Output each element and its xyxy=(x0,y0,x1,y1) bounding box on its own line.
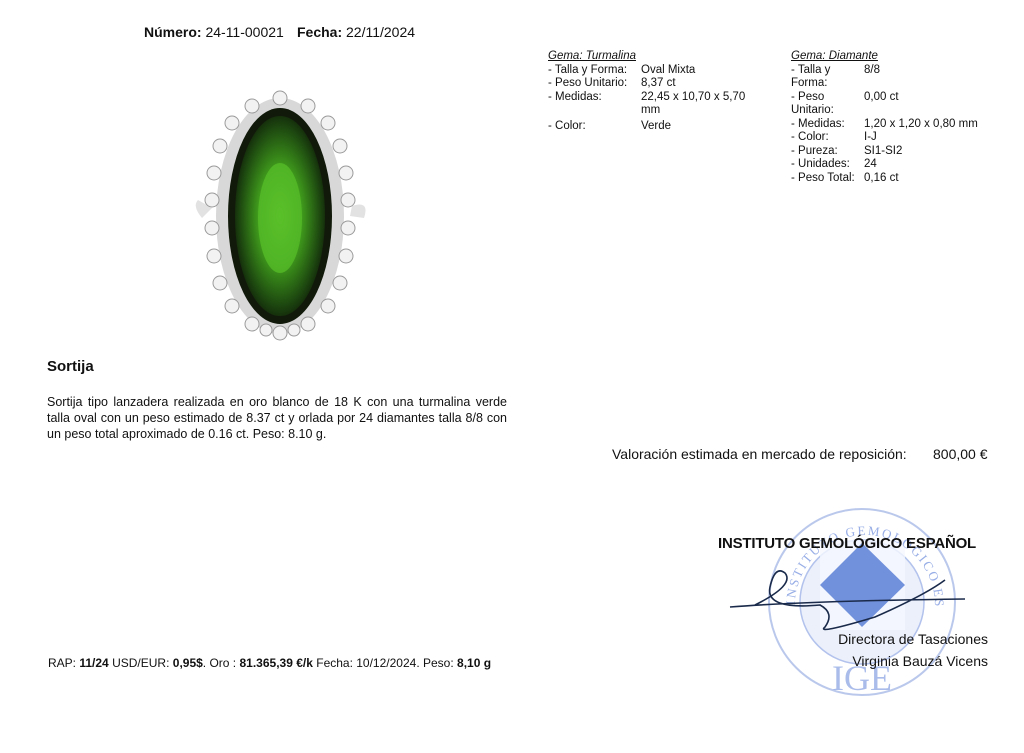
number-label: Número: xyxy=(144,24,202,40)
gem-secondary-key: - Peso Total: xyxy=(791,172,864,186)
gem-secondary-value: 0,00 ct xyxy=(864,91,978,118)
item-description: Sortija tipo lanzadera realizada en oro … xyxy=(47,394,507,442)
gem-secondary-value: SI1-SI2 xyxy=(864,145,978,159)
rap-label: RAP: xyxy=(48,656,76,670)
ring-photo xyxy=(192,88,372,343)
gem-secondary-value: I-J xyxy=(864,131,978,145)
gold-value: 81.365,39 €/k xyxy=(239,656,312,670)
usd-label: USD/EUR: xyxy=(112,656,169,670)
gem-secondary-key: - Unidades: xyxy=(791,158,864,172)
signer-role: Directora de Tasaciones xyxy=(838,631,988,647)
institute-name: INSTITUTO GEMOLÓGICO ESPAÑOL xyxy=(718,535,976,552)
gem-secondary-key: - Pureza: xyxy=(791,145,864,159)
market-reference-line: RAP: 11/24 USD/EUR: 0,95$. Oro : 81.365,… xyxy=(48,656,491,670)
gem-secondary-value: 8/8 xyxy=(864,64,978,91)
usd-value: 0,95$ xyxy=(173,656,203,670)
gold-label: . Oro : xyxy=(203,656,236,670)
gem-primary-value: Verde xyxy=(641,118,761,134)
gem-primary-key: - Medidas: xyxy=(548,91,641,118)
gem-primary-key: - Color: xyxy=(548,118,641,134)
gem-secondary-value: 0,16 ct xyxy=(864,172,978,186)
valuation-amount: 800,00 € xyxy=(933,446,988,462)
gem-secondary-key: - Peso Unitario: xyxy=(791,91,864,118)
gem-secondary-details: Gema: Diamante - Talla y Forma:8/8 - Pes… xyxy=(791,50,978,185)
rap-value: 11/24 xyxy=(79,656,108,670)
gem-primary-table: - Talla y Forma:Oval Mixta - Peso Unitar… xyxy=(548,64,761,134)
footer-date-label: Fecha: 10/12/2024. Peso: xyxy=(316,656,453,670)
gem-secondary-value: 24 xyxy=(864,158,978,172)
gem-primary-details: Gema: Turmalina - Talla y Forma:Oval Mix… xyxy=(548,50,761,133)
gem-primary-value: 8,37 ct xyxy=(641,77,761,91)
signer-name: Virginia Bauzá Vicens xyxy=(852,653,988,669)
gem-primary-value: Oval Mixta xyxy=(641,64,761,78)
gem-primary-title: Gema: Turmalina xyxy=(548,50,761,64)
gem-primary-key: - Peso Unitario: xyxy=(548,77,641,91)
valuation-label: Valoración estimada en mercado de reposi… xyxy=(612,446,907,462)
gem-secondary-key: - Talla y Forma: xyxy=(791,64,864,91)
gem-secondary-table: - Talla y Forma:8/8 - Peso Unitario:0,00… xyxy=(791,64,978,186)
gem-secondary-key: - Medidas: xyxy=(791,118,864,132)
gem-primary-key: - Talla y Forma: xyxy=(548,64,641,78)
item-title: Sortija xyxy=(47,358,94,375)
number-value: 24-11-00021 xyxy=(205,24,283,40)
certificate-date: Fecha: 22/11/2024 xyxy=(297,24,415,40)
date-label: Fecha: xyxy=(297,24,342,40)
gem-secondary-key: - Color: xyxy=(791,131,864,145)
certificate-number: Número: 24-11-00021 xyxy=(144,24,284,40)
date-value: 22/11/2024 xyxy=(346,24,415,40)
signature-icon xyxy=(725,565,975,635)
gem-primary-value: 22,45 x 10,70 x 5,70 mm xyxy=(641,91,761,118)
gem-secondary-title: Gema: Diamante xyxy=(791,50,978,64)
gem-secondary-value: 1,20 x 1,20 x 0,80 mm xyxy=(864,118,978,132)
footer-weight-value: 8,10 g xyxy=(457,656,491,670)
